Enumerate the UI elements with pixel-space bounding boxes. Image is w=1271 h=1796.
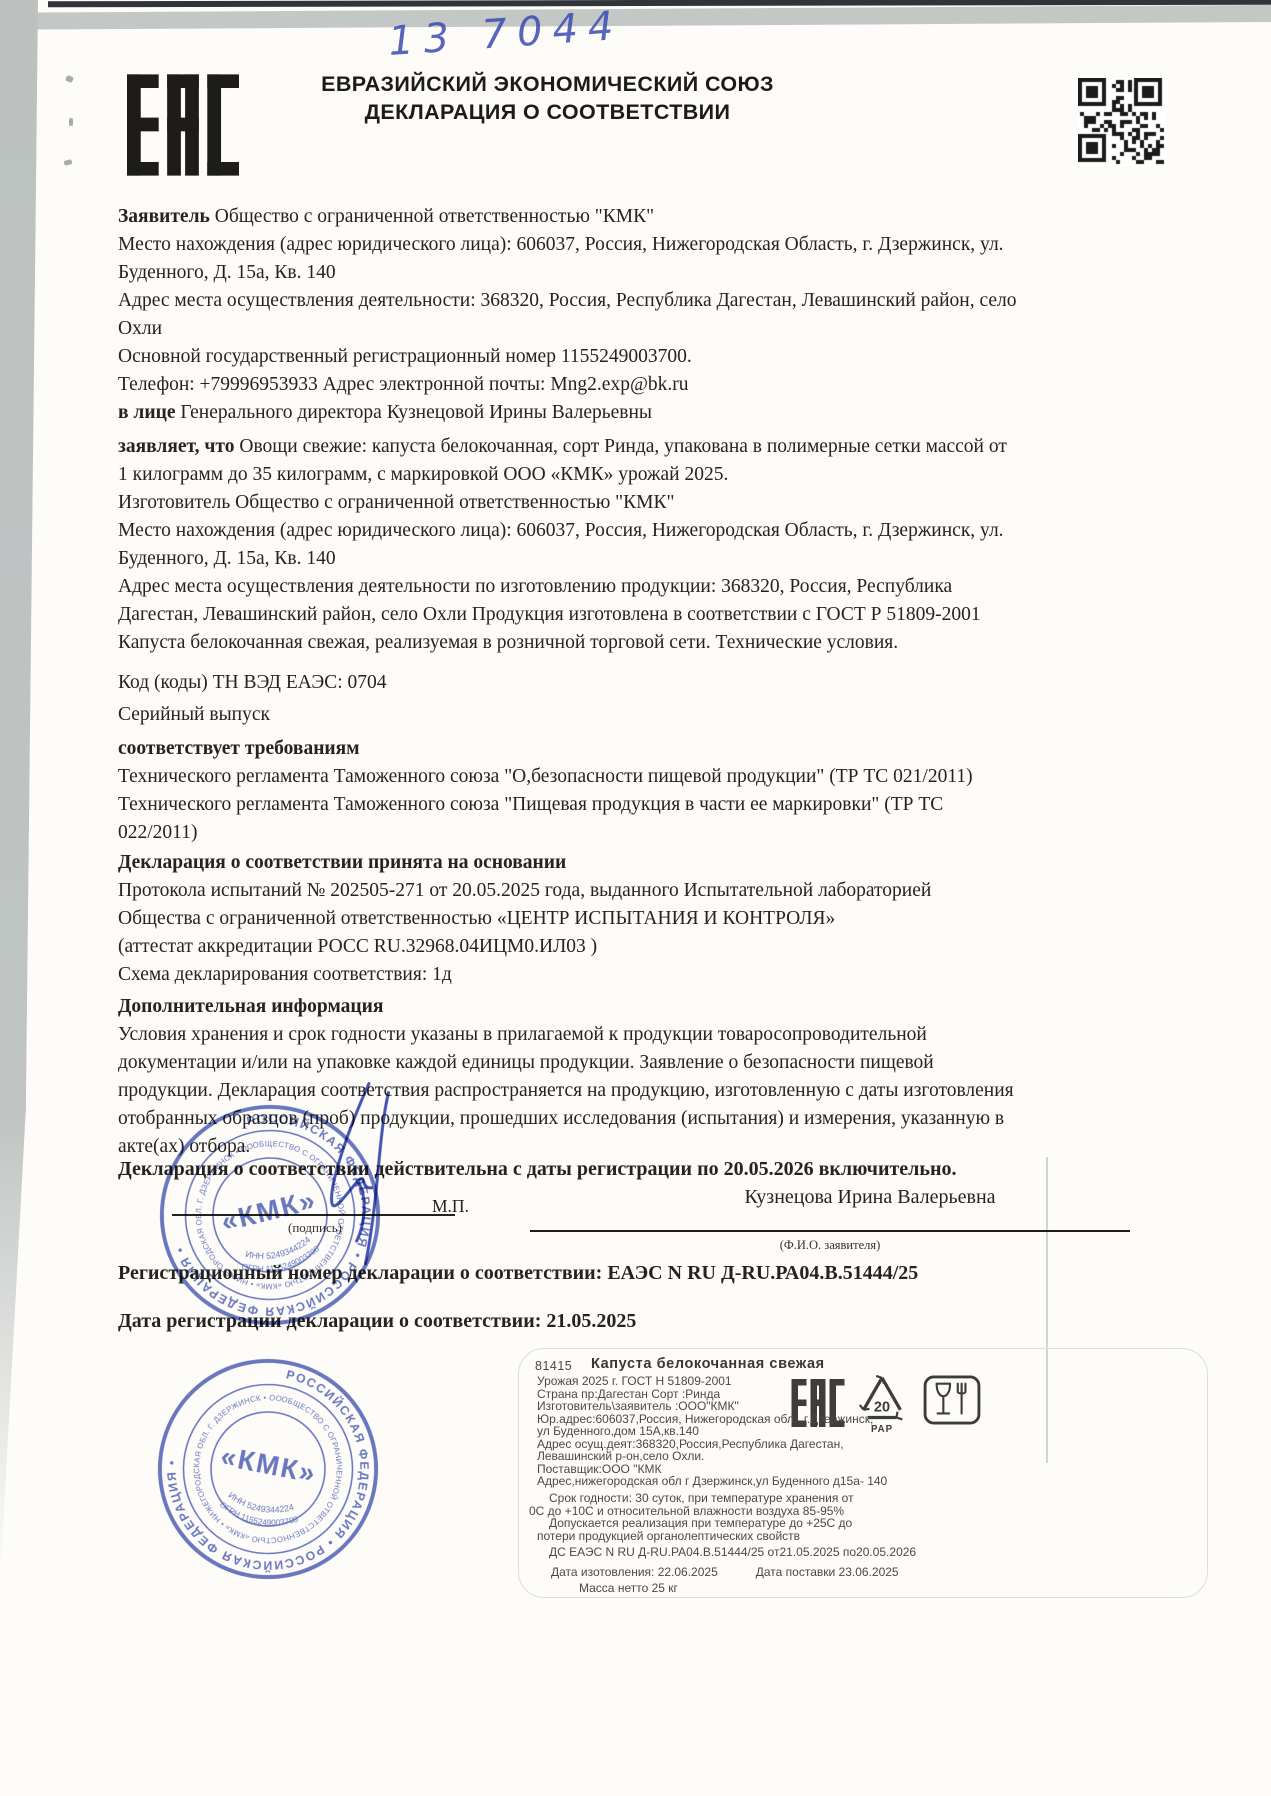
basis-text: Протокола испытаний № 202505-271 от 20.0… [118, 877, 1228, 989]
glass-fork-icon [923, 1375, 981, 1430]
label-title: Капуста белокочанная свежая [591, 1356, 825, 1372]
label-delivery-date: Дата поставки 23.06.2025 [756, 1565, 899, 1579]
applicant-details: Место нахождения (адрес юридического лиц… [118, 231, 1228, 399]
label-line: Адрес,нижегородская обл г Дзержинск,ул Б… [537, 1475, 916, 1488]
fio-line [530, 1230, 1130, 1232]
conforms-text: Технического регламента Таможенного союз… [118, 763, 1228, 847]
document-title: ЕВРАЗИЙСКИЙ ЭКОНОМИЧЕСКИЙ СОЮЗ ДЕКЛАРАЦИ… [255, 70, 840, 126]
scan-speck [65, 75, 74, 83]
scan-speck [69, 118, 73, 126]
declares-label: заявляет, что [118, 436, 235, 457]
label-dates-row: Дата изотовления: 22.06.2025Дата поставк… [551, 1565, 899, 1579]
product-label: 81415 Капуста белокочанная свежая 20 PAP… [518, 1348, 1208, 1598]
applicant-fio: Кузнецова Ирина Валерьевна [590, 1186, 1150, 1209]
company-round-stamp: РОССИЙСКАЯ ФЕДЕРАЦИЯ • РОССИЙСКАЯ ФЕДЕРА… [136, 1337, 401, 1602]
handwritten-signature [295, 1074, 455, 1282]
label-net-mass: Масса нетто 25 кг [579, 1581, 678, 1595]
basis-heading: Декларация о соответствии принята на осн… [118, 849, 1228, 877]
label-code: 81415 [535, 1359, 572, 1373]
title-union-line: ЕВРАЗИЙСКИЙ ЭКОНОМИЧЕСКИЙ СОЮЗ [255, 70, 840, 98]
label-text-lines: Урожая 2025 г. ГОСТ Н 51809-2001 Страна … [537, 1375, 916, 1559]
tnved-line: Код (коды) ТН ВЭД ЕАЭС: 0704 [118, 669, 1228, 697]
eac-mark-icon [127, 74, 239, 181]
stamp-center-text: «КМК» [218, 1440, 319, 1489]
applicant-paragraph: Заявитель Общество с ограниченной ответс… [118, 203, 1228, 231]
qr-code-icon [1078, 78, 1166, 166]
title-doc-line: ДЕКЛАРАЦИЯ О СООТВЕТСТВИИ [255, 98, 840, 126]
label-line: ул Буденного,дом 15А,кв.140 [537, 1425, 916, 1438]
label-line: Изготовитель\заявитель :ООО"КМК" [537, 1400, 916, 1413]
scan-edge-left [0, 0, 38, 1585]
scan-edge-gray-band [34, 5, 1271, 30]
label-line: Допускается реализация при температуре д… [537, 1517, 916, 1530]
fio-caption: (Ф.И.О. заявителя) [530, 1238, 1130, 1253]
label-made-date: Дата изотовления: 22.06.2025 [551, 1565, 718, 1579]
applicant-name: Общество с ограниченной ответственностью… [210, 206, 654, 227]
label-line: Левашинский р-он,село Охли. [537, 1450, 916, 1463]
label-line: ДС ЕАЭС N RU Д-RU.РА04.В.51444/25 от21.0… [537, 1546, 916, 1559]
conforms-heading: соответствует требованиям [118, 735, 1228, 763]
declares-text: Овощи свежие: капуста белокочанная, сорт… [118, 436, 1007, 485]
in-person-text: Генерального директора Кузнецовой Ирины … [175, 402, 652, 423]
in-person-label: в лице [118, 402, 175, 423]
declaration-body: Заявитель Общество с ограниченной ответс… [118, 203, 1228, 1161]
additional-heading: Дополнительная информация [118, 993, 1228, 1021]
scan-speck [63, 159, 72, 166]
label-line: Урожая 2025 г. ГОСТ Н 51809-2001 [537, 1375, 916, 1388]
manufacturer-details: Изготовитель Общество с ограниченной отв… [118, 489, 1228, 657]
label-line: Срок годности: 30 суток, при температуре… [537, 1492, 916, 1505]
in-person-line: в лице Генерального директора Кузнецовой… [118, 399, 1228, 427]
serial-line: Серийный выпуск [118, 701, 1228, 729]
applicant-label: Заявитель [118, 206, 210, 227]
scanned-declaration-page: { "scan": { "handwritten_number": "13 70… [0, 0, 1271, 1796]
declares-paragraph: заявляет, что Овощи свежие: капуста бело… [118, 433, 1228, 489]
label-line: потери продукцией органолептических свой… [537, 1530, 916, 1543]
